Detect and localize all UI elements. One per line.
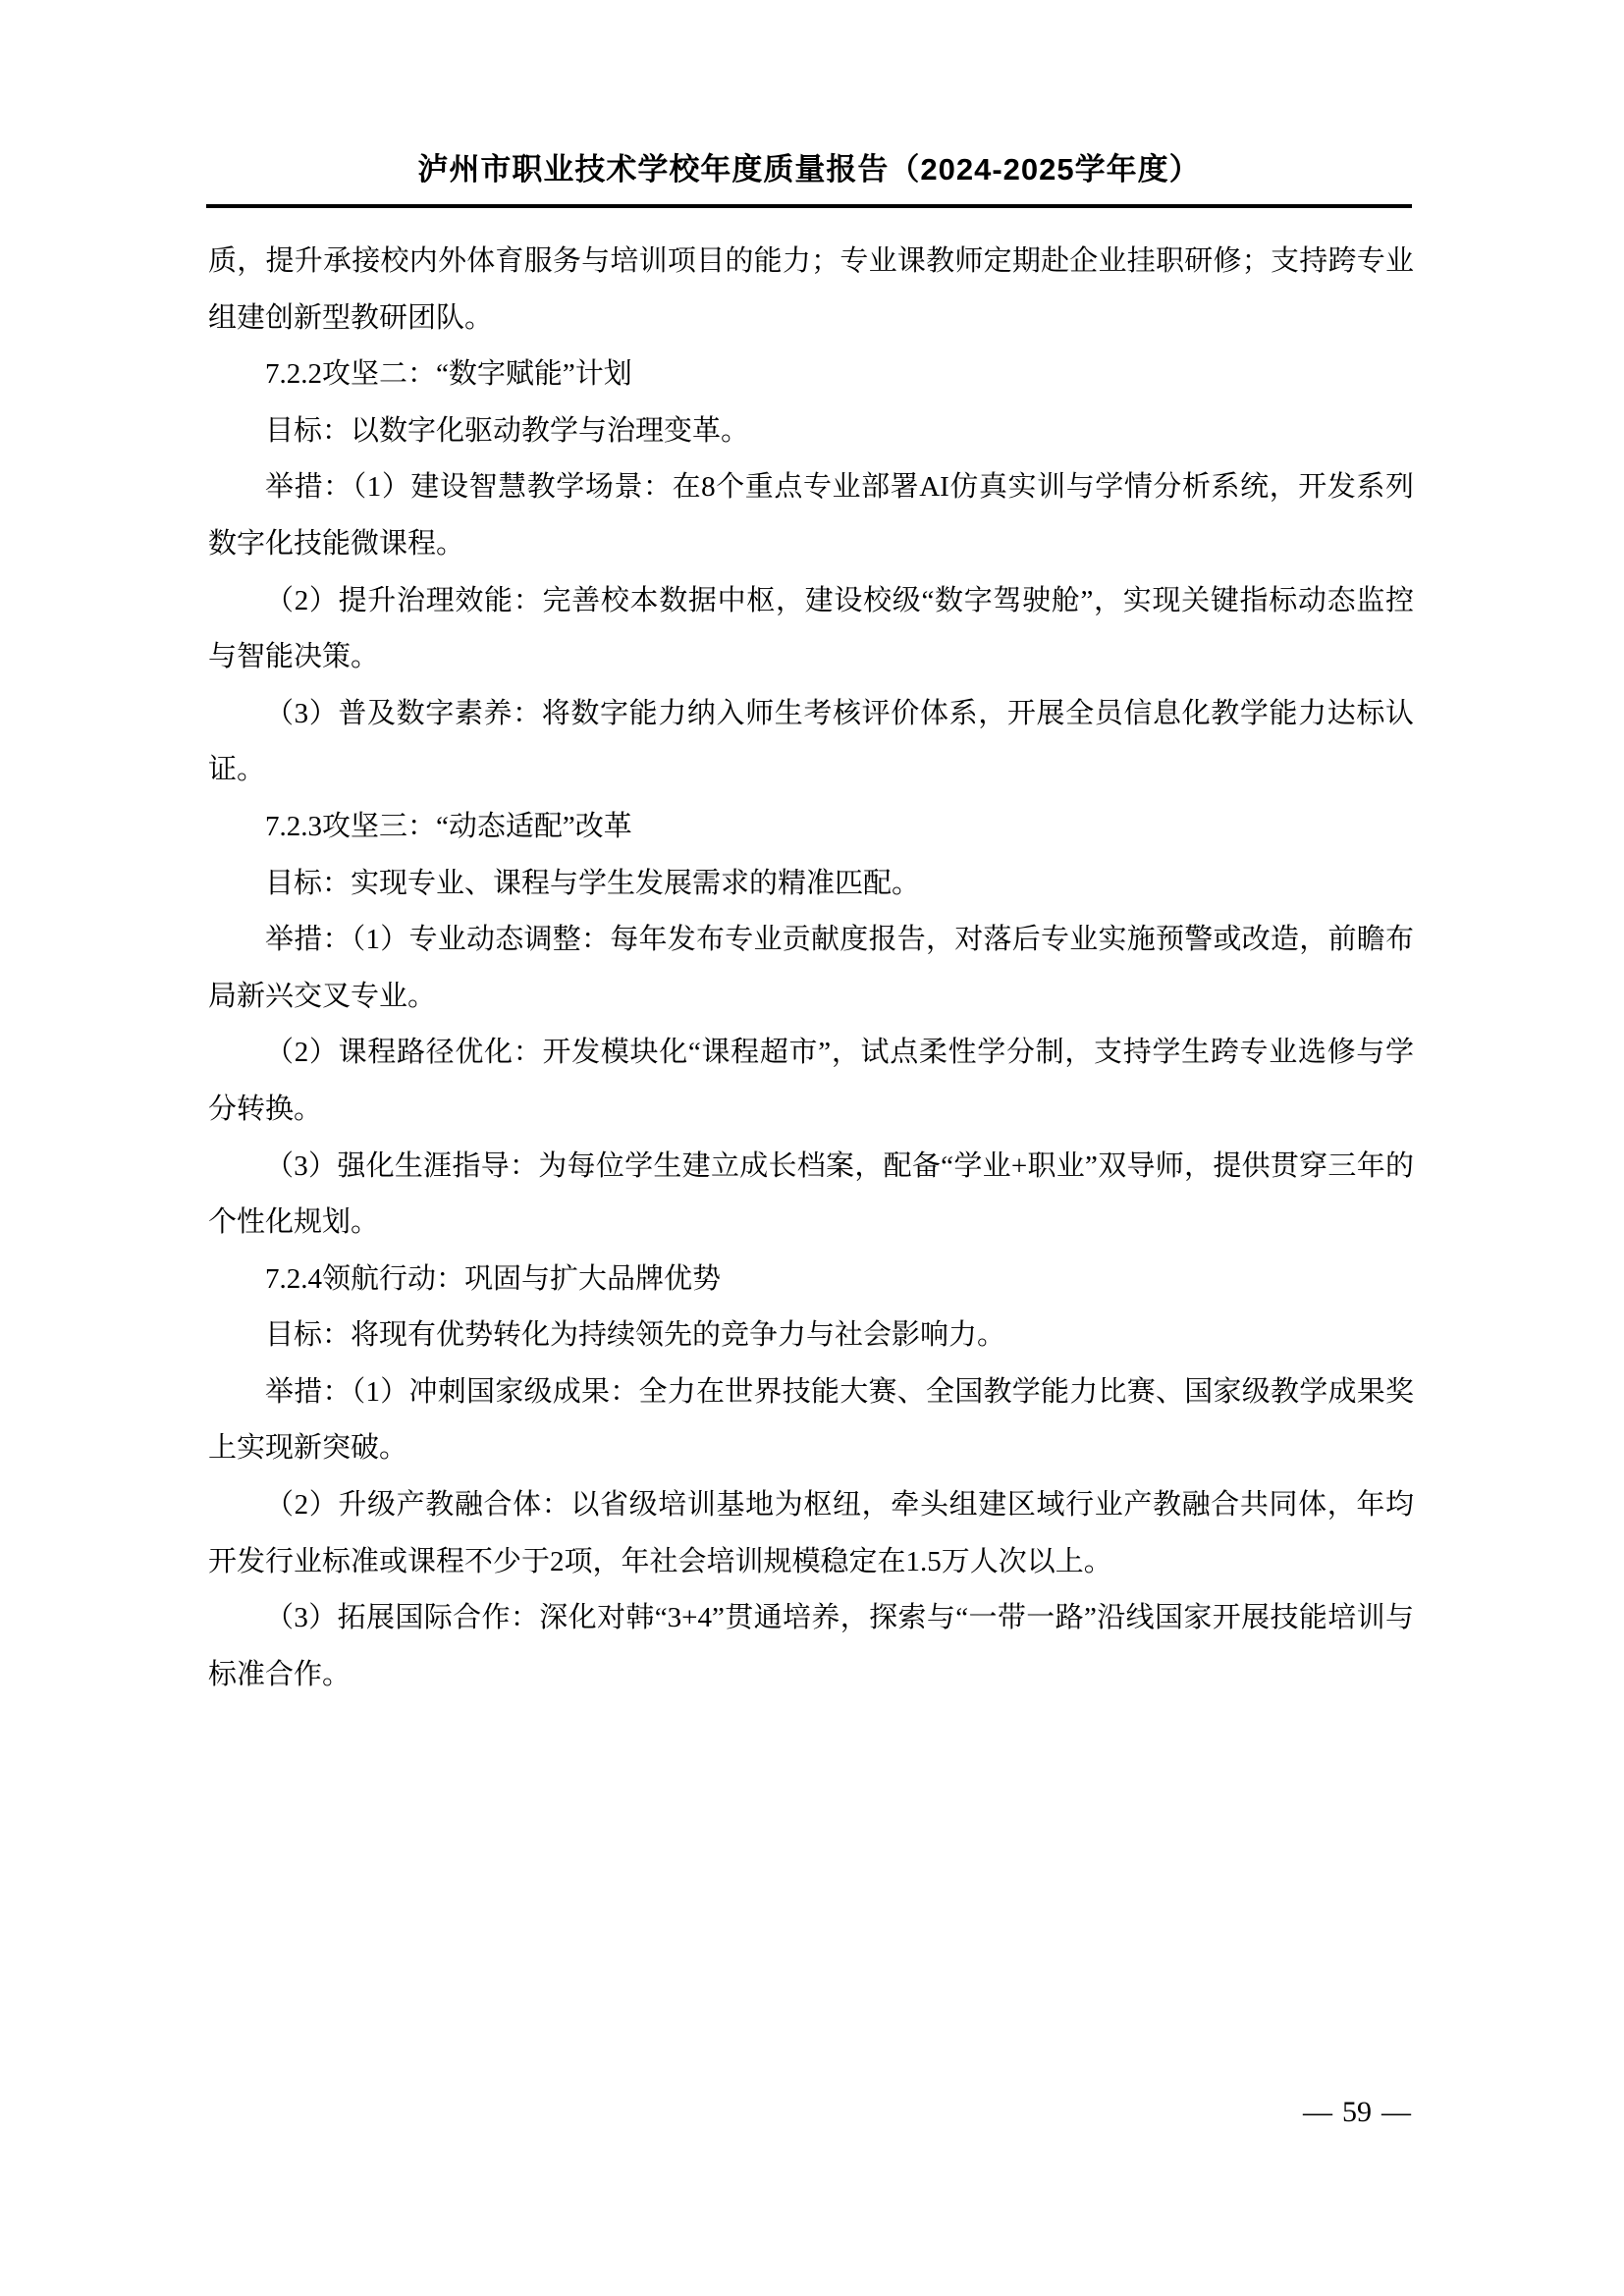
paragraph: 举措：（1）冲刺国家级成果：全力在世界技能大赛、全国教学能力比赛、国家级教学成果… [208, 1364, 1414, 1477]
document-page: 泸州市职业技术学校年度质量报告（2024-2025学年度） 质，提升承接校内外体… [0, 0, 1624, 2296]
paragraph: 7.2.3攻坚三：“动态适配”改革 [208, 799, 1414, 856]
paragraph: （3）拓展国际合作：深化对韩“3+4”贯通培养，探索与“一带一路”沿线国家开展技… [208, 1590, 1414, 1703]
paragraph: （2）升级产教融合体：以省级培训基地为枢纽，牵头组建区域行业产教融合共同体，年均… [208, 1477, 1414, 1590]
paragraph: 举措：（1）建设智慧教学场景：在8个重点专业部署AI仿真实训与学情分析系统，开发… [208, 459, 1414, 572]
paragraph: 目标：以数字化驱动教学与治理变革。 [208, 403, 1414, 460]
paragraph: （2）课程路径优化：开发模块化“课程超市”，试点柔性学分制，支持学生跨专业选修与… [208, 1025, 1414, 1138]
paragraph: 举措：（1）专业动态调整：每年发布专业贡献度报告，对落后专业实施预警或改造，前瞻… [208, 912, 1414, 1025]
paragraph: 目标：实现专业、课程与学生发展需求的精准匹配。 [208, 856, 1414, 913]
page-number-value: 59 [1332, 2096, 1381, 2128]
paragraph: 目标：将现有优势转化为持续领先的竞争力与社会影响力。 [208, 1308, 1414, 1364]
page-number-left-dash: — [1303, 2096, 1332, 2128]
paragraph: 7.2.2攻坚二：“数字赋能”计划 [208, 347, 1414, 403]
paragraph: 质，提升承接校内外体育服务与培训项目的能力；专业课教师定期赴企业挂职研修；支持跨… [208, 234, 1414, 347]
header-rule [206, 204, 1412, 208]
paragraph: （3）普及数字素养：将数字能力纳入师生考核评价体系，开展全员信息化教学能力达标认… [208, 686, 1414, 799]
page-title: 泸州市职业技术学校年度质量报告（2024-2025学年度） [206, 147, 1412, 192]
page-header: 泸州市职业技术学校年度质量报告（2024-2025学年度） [206, 147, 1412, 208]
page-number: —59— [1303, 2095, 1411, 2130]
paragraph: （3）强化生涯指导：为每位学生建立成长档案，配备“学业+职业”双导师，提供贯穿三… [208, 1139, 1414, 1252]
paragraph: 7.2.4领航行动：巩固与扩大品牌优势 [208, 1252, 1414, 1308]
page-number-right-dash: — [1381, 2096, 1411, 2128]
paragraph: （2）提升治理效能：完善校本数据中枢，建设校级“数字驾驶舱”，实现关键指标动态监… [208, 573, 1414, 686]
document-body: 质，提升承接校内外体育服务与培训项目的能力；专业课教师定期赴企业挂职研修；支持跨… [208, 234, 1414, 1703]
